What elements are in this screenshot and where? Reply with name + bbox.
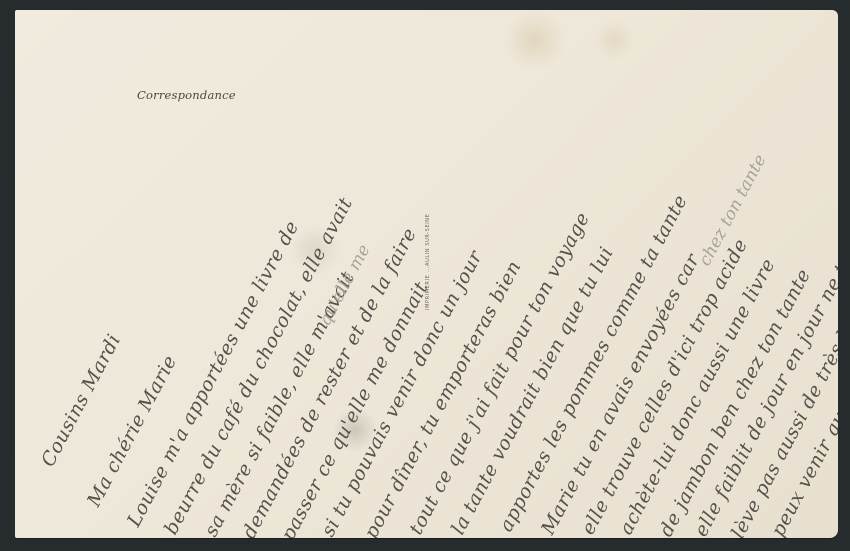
printed-heading: Correspondance (137, 88, 236, 102)
postcard: Correspondance IMPRIMERIE ...AULIN SUR-S… (15, 10, 838, 538)
